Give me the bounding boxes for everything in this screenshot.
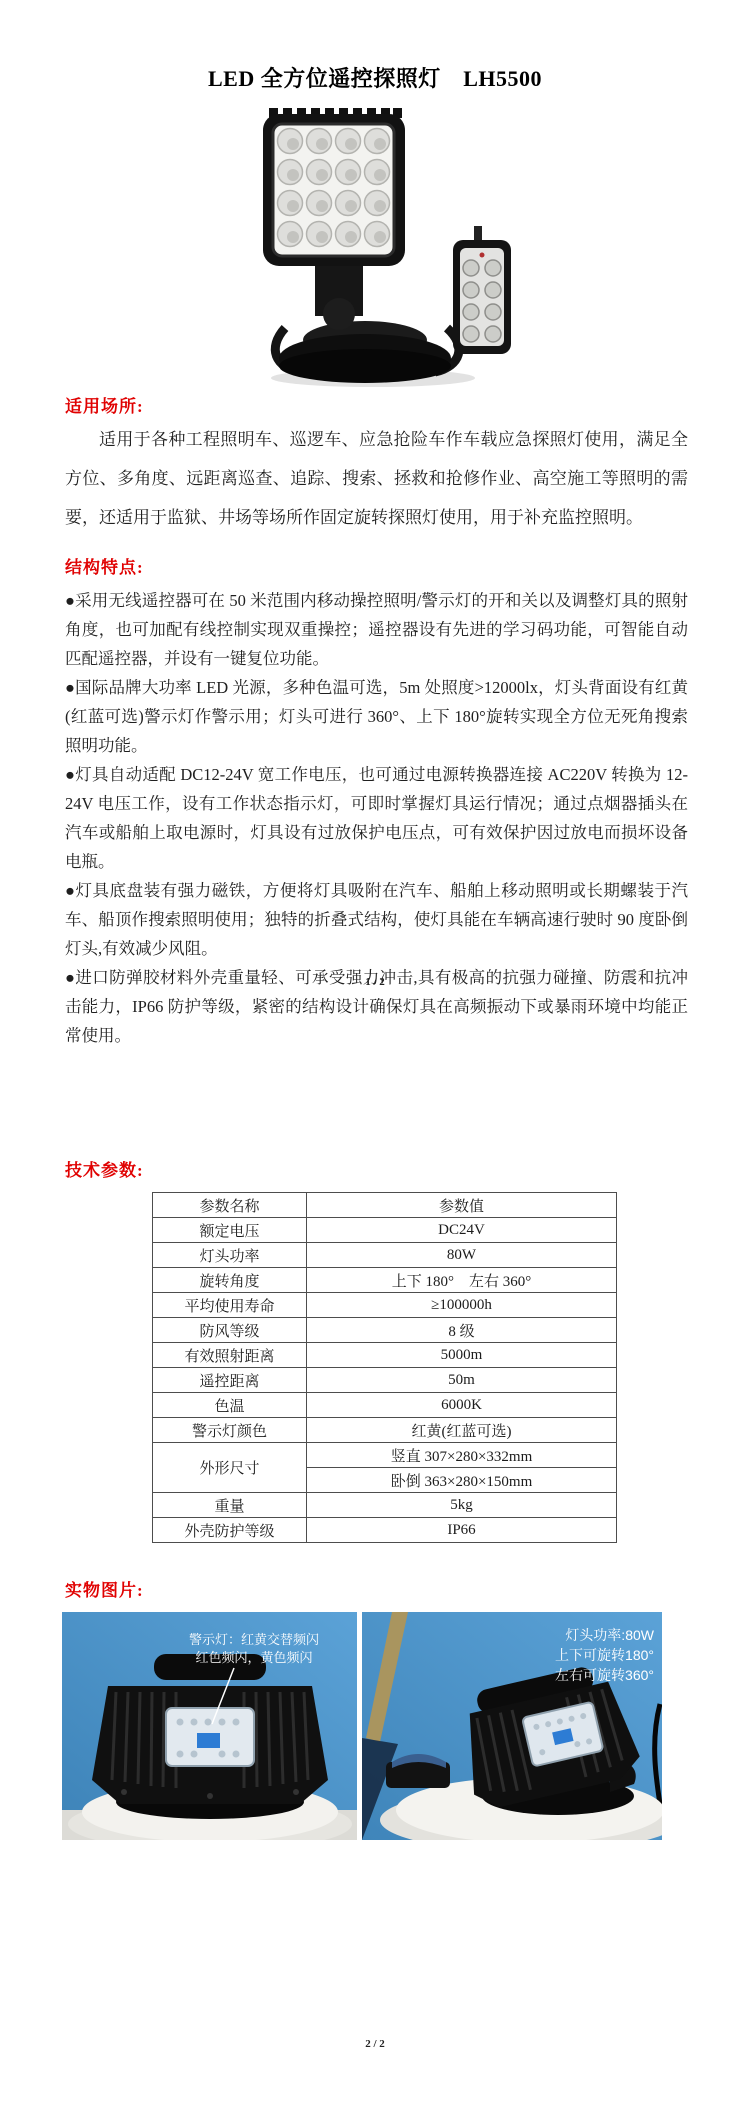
spec-value: ≥100000h (307, 1293, 617, 1318)
spec-label: 色温 (153, 1393, 307, 1418)
table-row: 平均使用寿命 ≥100000h (153, 1293, 617, 1318)
spec-value: 5000m (307, 1343, 617, 1368)
table-row: 遥控距离 50m (153, 1368, 617, 1393)
feature-item: ●灯具底盘装有强力磁铁，方便将灯具吸附在汽车、船舶上移动照明或长期螺装于汽车、船… (65, 876, 688, 963)
spec-table: 参数名称 参数值 额定电压 DC24V 灯头功率 80W 旋转角度 上下 180… (152, 1192, 617, 1543)
spec-label: 外壳防护等级 (153, 1518, 307, 1543)
spec-value: IP66 (307, 1518, 617, 1543)
page-number-2: 2 / 2 (0, 2038, 750, 2050)
product-photo (215, 100, 535, 392)
section-heading-features: 结构特点: (65, 553, 144, 578)
left-photo-caption-line1: 警示灯：红黄交替频闪 (189, 1632, 319, 1647)
photo-left-folded-lamp: 警示灯：红黄交替频闪 红色频闪，黄色频闪 (62, 1612, 357, 1840)
spec-label: 重量 (153, 1493, 307, 1518)
feature-item: ●灯具自动适配 DC12-24V 宽工作电压，也可通过电源转换器连接 AC220… (65, 760, 688, 876)
document-page: LED 全方位遥控探照灯 LH5500 (0, 0, 750, 2120)
right-photo-caption-line1: 灯头功率:80W (565, 1627, 654, 1643)
section-heading-photos: 实物图片: (65, 1576, 144, 1601)
feature-item: ●采用无线遥控器可在 50 米范围内移动操控照明/警示灯的开和关以及调整灯具的照… (65, 586, 688, 673)
spec-label: 平均使用寿命 (153, 1293, 307, 1318)
table-row: 外形尺寸 竖直 307×280×332mm (153, 1443, 617, 1468)
spec-label: 有效照射距离 (153, 1343, 307, 1368)
spec-value: 5kg (307, 1493, 617, 1518)
page-number-1: 1 / 2 (0, 976, 750, 988)
spec-value: 上下 180° 左右 360° (307, 1268, 617, 1293)
spec-value: 80W (307, 1243, 617, 1268)
spec-header-name: 参数名称 (153, 1193, 307, 1218)
table-row: 旋转角度 上下 180° 左右 360° (153, 1268, 617, 1293)
right-photo-caption-line2: 上下可旋转180° (555, 1647, 654, 1663)
table-row: 重量 5kg (153, 1493, 617, 1518)
searchlight-with-remote-illustration (215, 100, 535, 392)
spec-value: 6000K (307, 1393, 617, 1418)
spec-value: 8 级 (307, 1318, 617, 1343)
feature-item: ●国际品牌大功率 LED 光源，多种色温可选，5m 处照度>12000lx，灯头… (65, 673, 688, 760)
spec-value: 竖直 307×280×332mm (307, 1443, 617, 1468)
spec-label: 遥控距离 (153, 1368, 307, 1393)
usage-paragraph: 适用于各种工程照明车、巡逻车、应急抢险车作车载应急探照灯使用，满足全方位、多角度… (65, 420, 688, 537)
spec-label: 旋转角度 (153, 1268, 307, 1293)
table-row: 灯头功率 80W (153, 1243, 617, 1268)
spec-value: 卧倒 363×280×150mm (307, 1468, 617, 1493)
spec-table-header-row: 参数名称 参数值 (153, 1193, 617, 1218)
spec-label: 外形尺寸 (153, 1443, 307, 1493)
table-row: 色温 6000K (153, 1393, 617, 1418)
spec-header-value: 参数值 (307, 1193, 617, 1218)
spec-value: 50m (307, 1368, 617, 1393)
spec-label: 灯头功率 (153, 1243, 307, 1268)
table-row: 额定电压 DC24V (153, 1218, 617, 1243)
table-row: 有效照射距离 5000m (153, 1343, 617, 1368)
left-photo-caption-line2: 红色频闪，黄色频闪 (195, 1650, 312, 1666)
spec-value: DC24V (307, 1218, 617, 1243)
spec-label: 额定电压 (153, 1218, 307, 1243)
remote-control-illustration (453, 226, 511, 354)
spec-label: 防风等级 (153, 1318, 307, 1343)
table-row: 防风等级 8 级 (153, 1318, 617, 1343)
table-row: 外壳防护等级 IP66 (153, 1518, 617, 1543)
photo-right-tilted-lamp: 灯头功率:80W 上下可旋转180° 左右可旋转360° (362, 1612, 662, 1840)
spec-label: 警示灯颜色 (153, 1418, 307, 1443)
spec-value: 红黄(红蓝可选) (307, 1418, 617, 1443)
section-heading-specs: 技术参数: (65, 1156, 144, 1181)
table-row: 警示灯颜色 红黄(红蓝可选) (153, 1418, 617, 1443)
document-title: LED 全方位遥控探照灯 LH5500 (0, 62, 750, 93)
warning-light-module (166, 1708, 254, 1766)
right-photo-caption-line3: 左右可旋转360° (555, 1667, 654, 1683)
product-photos: 警示灯：红黄交替频闪 红色频闪，黄色频闪 (62, 1612, 662, 1840)
section-heading-usage: 适用场所: (65, 392, 144, 417)
